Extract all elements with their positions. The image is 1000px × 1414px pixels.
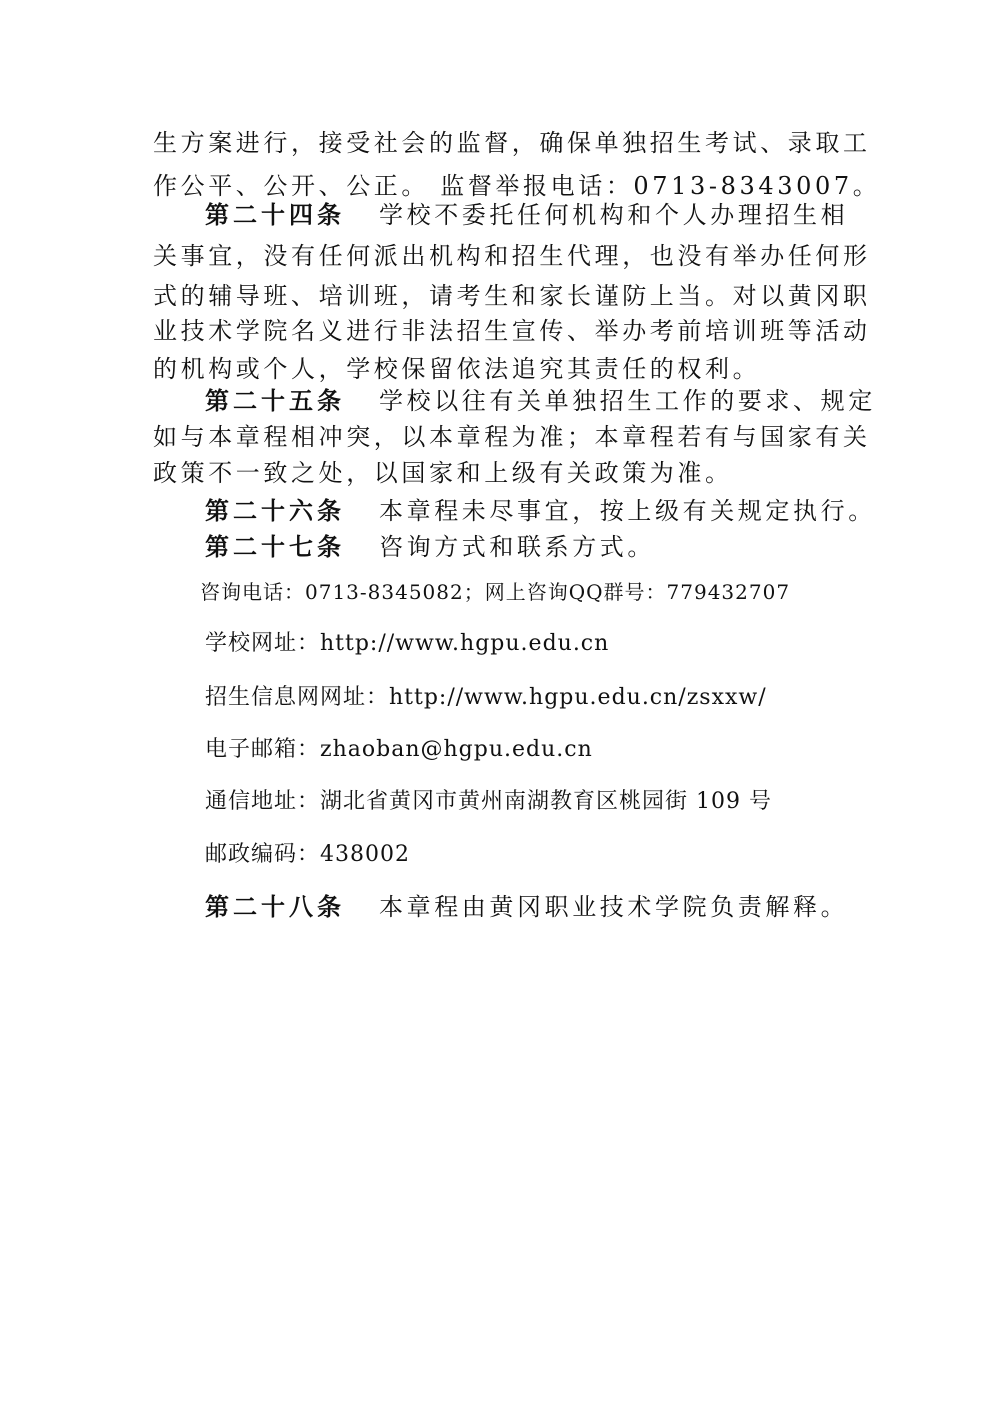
article-24-title: 第二十四条 bbox=[205, 200, 345, 229]
article-text: 咨询方式和联系方式。 bbox=[379, 533, 655, 561]
article-27-line: 第二十七条咨询方式和联系方式。 bbox=[205, 531, 905, 563]
article-28-line: 第二十八条本章程由黄冈职业技术学院负责解释。 bbox=[205, 891, 905, 923]
paragraph-line: 式的辅导班、培训班，请考生和家长谨防上当。对以黄冈职 bbox=[153, 280, 853, 312]
contact-admissions-site: 招生信息网网址：http://www.hgpu.edu.cn/zsxxw/ bbox=[205, 683, 767, 713]
article-24-first-line: 第二十四条学校不委托任何机构和个人办理招生相 bbox=[205, 199, 905, 231]
article-26-title: 第二十六条 bbox=[205, 496, 345, 525]
article-text: 学校不委托任何机构和个人办理招生相 bbox=[379, 201, 848, 229]
contact-website: 学校网址：http://www.hgpu.edu.cn bbox=[205, 629, 609, 659]
paragraph-line: 政策不一致之处，以国家和上级有关政策为准。 bbox=[153, 457, 853, 489]
paragraph-line: 作公平、公开、公正。 监督举报电话：0713-8343007。 bbox=[153, 170, 853, 202]
contact-address: 通信地址：湖北省黄冈市黄州南湖教育区桃园街 109 号 bbox=[205, 787, 772, 817]
paragraph-line: 生方案进行，接受社会的监督，确保单独招生考试、录取工 bbox=[153, 127, 853, 159]
paragraph-line: 业技术学院名义进行非法招生宣传、举办考前培训班等活动 bbox=[153, 315, 853, 347]
contact-phone: 咨询电话：0713-8345082；网上咨询QQ群号：779432707 bbox=[200, 577, 790, 607]
article-27-title: 第二十七条 bbox=[205, 532, 345, 561]
paragraph-line: 的机构或个人，学校保留依法追究其责任的权利。 bbox=[153, 353, 853, 385]
article-28-title: 第二十八条 bbox=[205, 892, 345, 921]
article-text: 学校以往有关单独招生工作的要求、规定 bbox=[379, 387, 876, 415]
paragraph-line: 如与本章程相冲突，以本章程为准；本章程若有与国家有关 bbox=[153, 421, 853, 453]
paragraph-line: 关事宜，没有任何派出机构和招生代理，也没有举办任何形 bbox=[153, 240, 853, 272]
document-page: 生方案进行，接受社会的监督，确保单独招生考试、录取工 作公平、公开、公正。 监督… bbox=[0, 0, 1000, 1414]
article-text: 本章程由黄冈职业技术学院负责解释。 bbox=[379, 893, 848, 921]
contact-postcode: 邮政编码：438002 bbox=[205, 840, 410, 870]
article-text: 本章程未尽事宜，按上级有关规定执行。 bbox=[379, 497, 876, 525]
article-25-first-line: 第二十五条学校以往有关单独招生工作的要求、规定 bbox=[205, 385, 905, 417]
contact-email: 电子邮箱：zhaoban@hgpu.edu.cn bbox=[205, 735, 593, 765]
article-26-line: 第二十六条本章程未尽事宜，按上级有关规定执行。 bbox=[205, 495, 905, 527]
article-25-title: 第二十五条 bbox=[205, 386, 345, 415]
